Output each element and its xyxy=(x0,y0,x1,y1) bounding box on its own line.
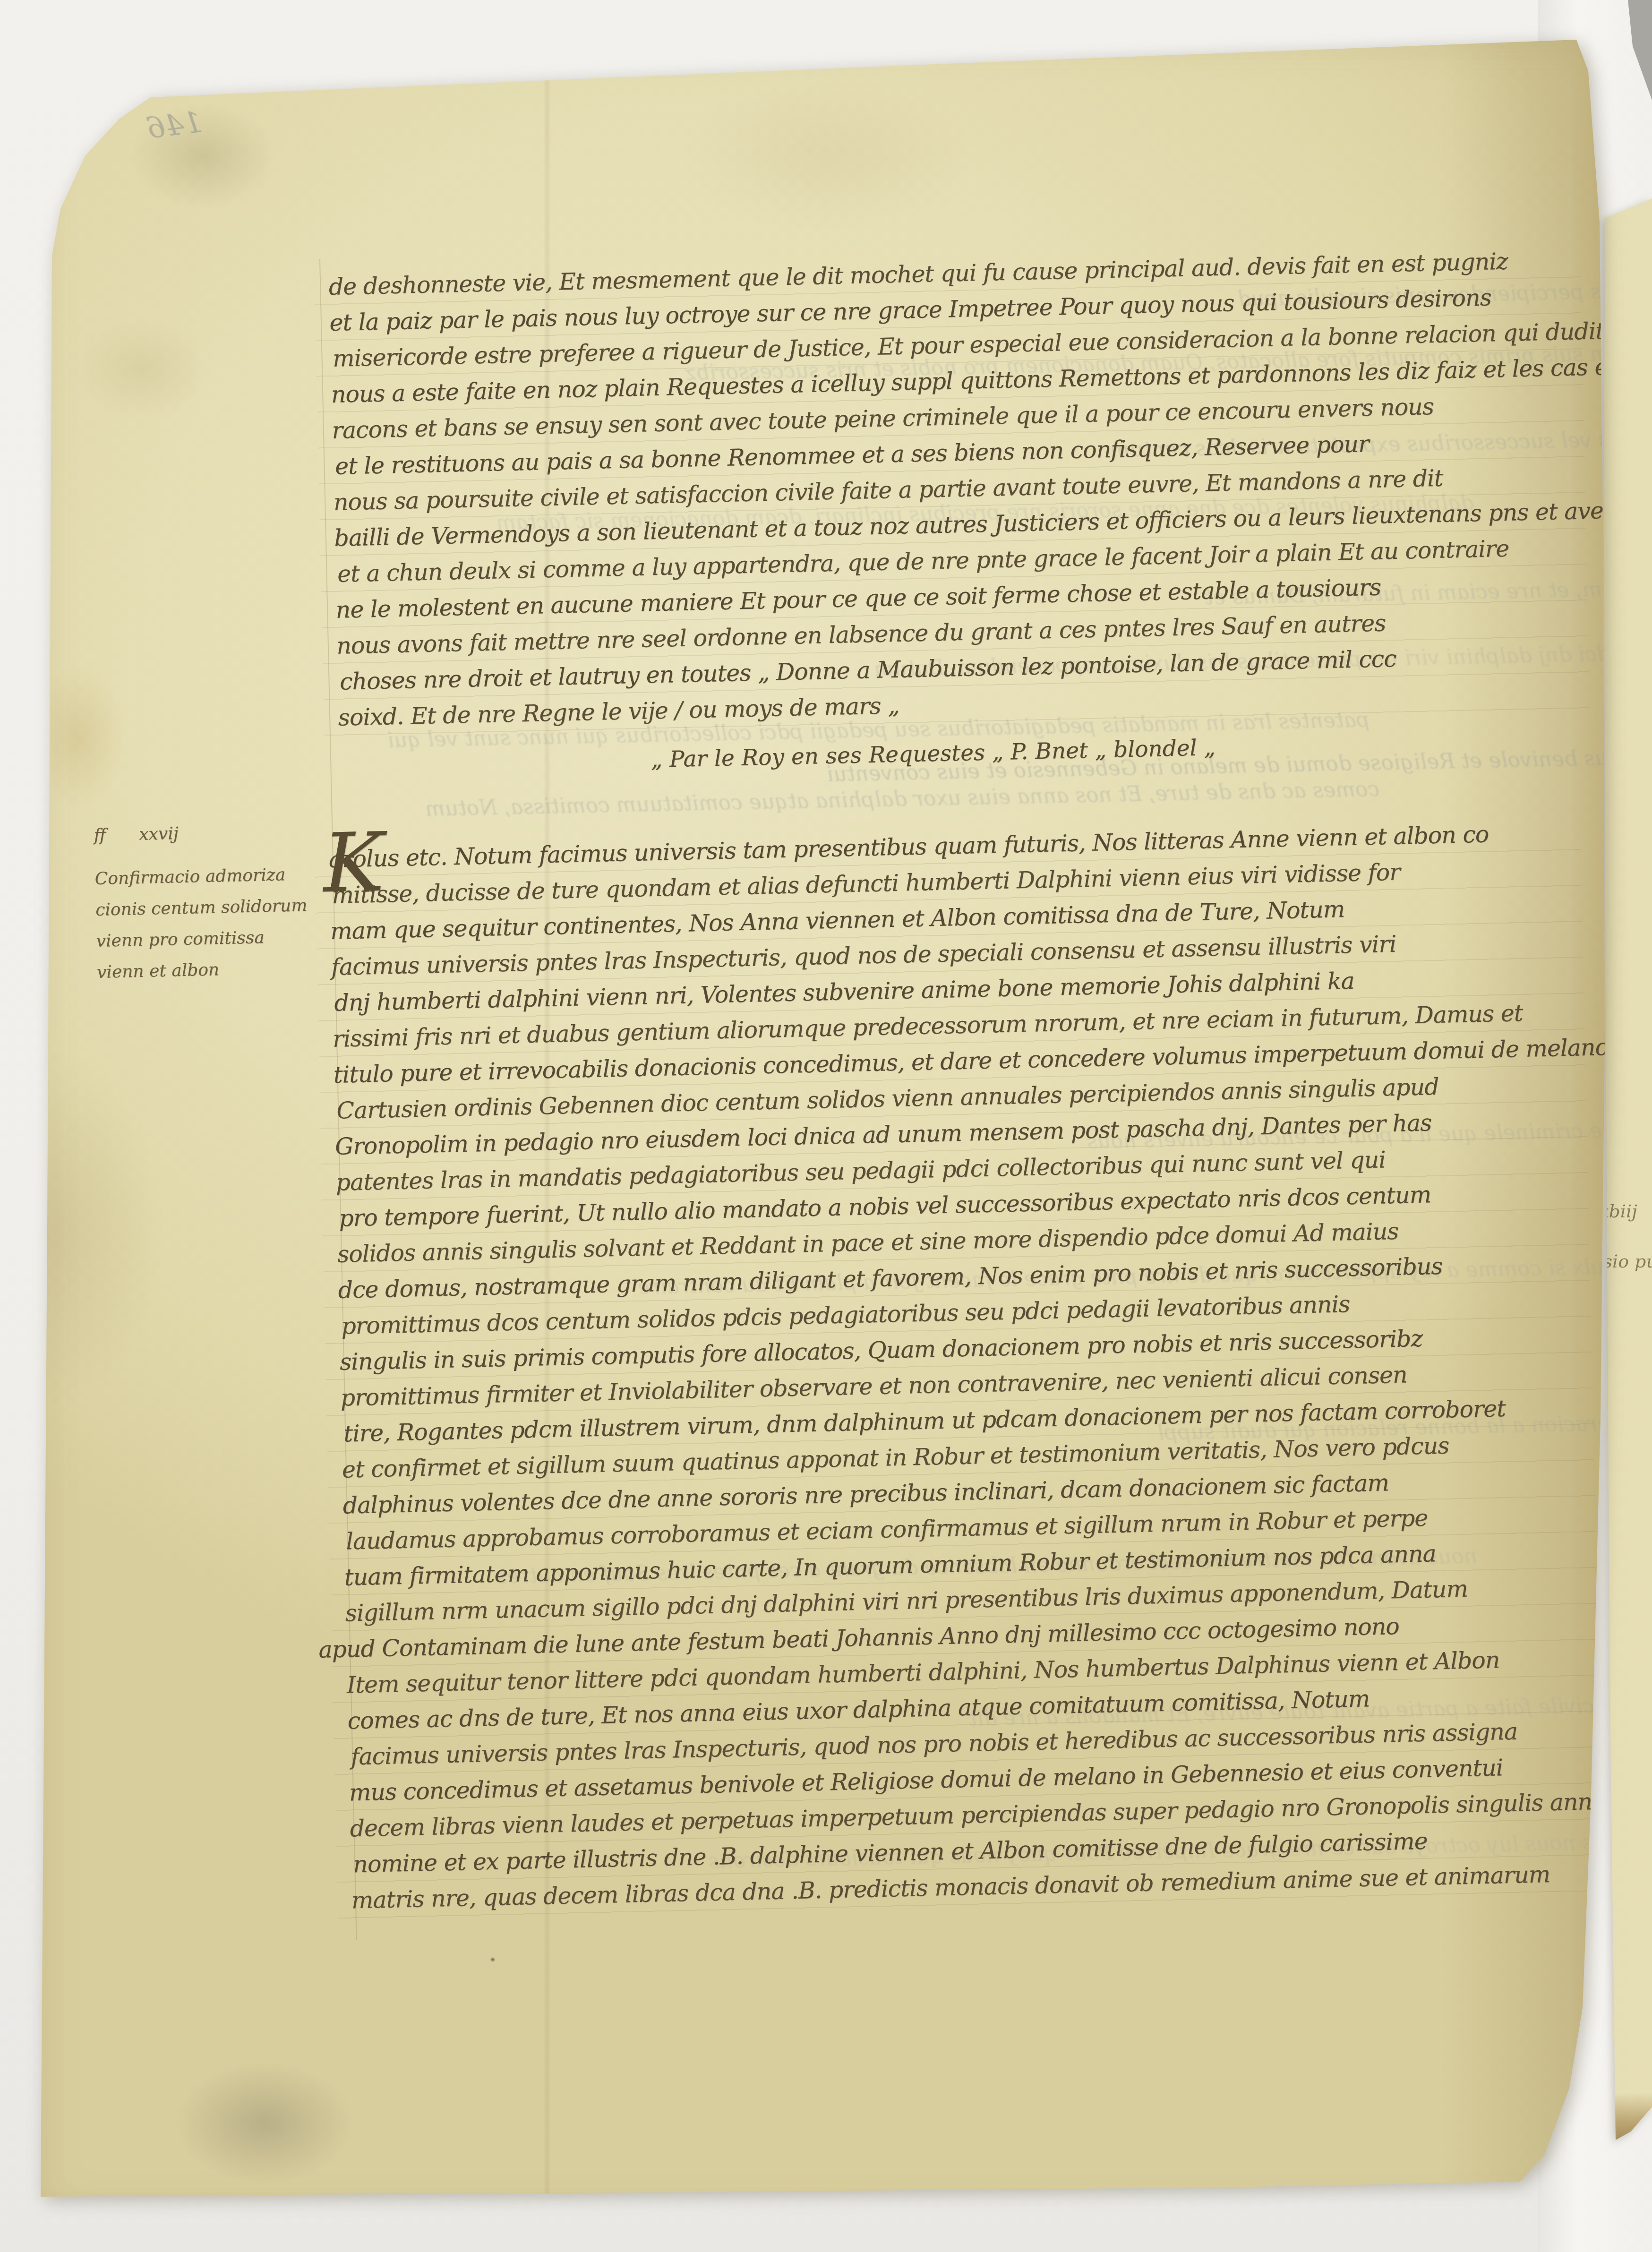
paraph-mark: ff xyxy=(94,825,106,845)
chancery-subscription: „ Par le Roy en ses Requestes „ P. Bnet … xyxy=(328,728,1538,780)
manuscript-photo: xbiij ssio pu Cartusien ordinis Gebennen… xyxy=(0,0,1652,2252)
decorated-initial: K xyxy=(322,822,385,904)
text-block-latin-act: K arolus etc. Notum facimus universis ta… xyxy=(328,815,1570,1919)
folio-number-ghost: 146 xyxy=(145,104,204,146)
parchment-page-wrap: Cartusien ordinis Gebennen dioc centum s… xyxy=(0,0,1652,2252)
bleedthrough-ghost-line: comes ac dns de ture, Et nos anna eius u… xyxy=(425,777,1380,821)
text-block-french-act: de deshonneste vie, Et mesmement que le … xyxy=(328,243,1557,736)
act-number: xxvij xyxy=(139,824,179,844)
parchment-page: Cartusien ordinis Gebennen dioc centum s… xyxy=(0,0,1652,2252)
